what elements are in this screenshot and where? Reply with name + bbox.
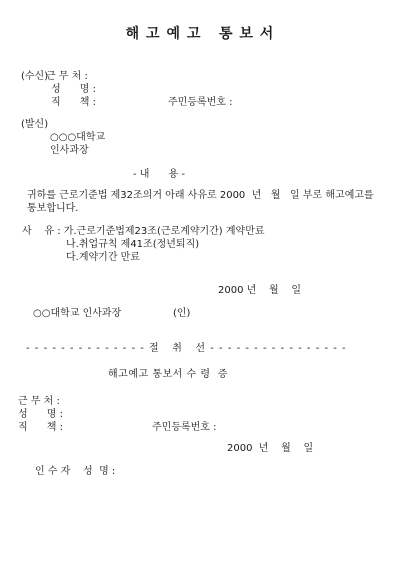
recipient-workplace-label: 근 무 처 : bbox=[46, 71, 88, 83]
receipt-receiver-label: 인 수 자 성 명 : bbox=[35, 466, 115, 478]
receipt-resident-no-label: 주민등록번호 : bbox=[152, 422, 217, 434]
recipient-position-label: 직 책 : bbox=[51, 97, 96, 109]
receipt-workplace-label: 근 무 처 : bbox=[18, 396, 60, 408]
recipient-name-label: 성 명 : bbox=[51, 84, 96, 96]
recipient-section-label: (수신) bbox=[21, 71, 48, 83]
notice-date: 2000 년 월 일 bbox=[218, 285, 301, 297]
sender-organization: ○○○대학교 bbox=[50, 132, 105, 144]
content-heading: - 내 용 - bbox=[133, 169, 185, 181]
sender-section-label: (발신) bbox=[21, 119, 48, 131]
content-paragraph-line2: 통보합니다. bbox=[27, 203, 78, 215]
signer-name: ○○대학교 인사과장 bbox=[33, 308, 121, 320]
receipt-name-label: 성 명 : bbox=[18, 409, 63, 421]
document-title: 해 고 예 고 통 보 서 bbox=[0, 28, 400, 40]
recipient-resident-no-label: 주민등록번호 : bbox=[168, 97, 233, 109]
dismissal-notice-document: 해 고 예 고 통 보 서 (수신) 근 무 처 : 성 명 : 직 책 : 주… bbox=[0, 0, 400, 565]
receipt-date: 2000 년 월 일 bbox=[227, 443, 313, 455]
receipt-title: 해고예고 통보서 수 령 증 bbox=[108, 369, 228, 381]
content-paragraph-line1: 귀하를 근로기준법 제32조의거 아래 사유로 2000 년 월 일 부로 해고… bbox=[27, 190, 374, 202]
reason-line-1: 사 유 : 가.근로기준법제23조(근로계약기간) 계약만료 bbox=[22, 226, 265, 238]
sender-person-title: 인사과장 bbox=[50, 145, 89, 157]
seal-mark: (인) bbox=[173, 308, 190, 320]
cut-line: - - - - - - - - - - - - - - 절 취 선 - - - … bbox=[26, 343, 347, 355]
reason-line-2: 나.취업규칙 제41조(정년퇴직) bbox=[66, 239, 199, 251]
receipt-position-label: 직 책 : bbox=[18, 422, 63, 434]
reason-line-3: 다.계약기간 만료 bbox=[66, 252, 140, 264]
